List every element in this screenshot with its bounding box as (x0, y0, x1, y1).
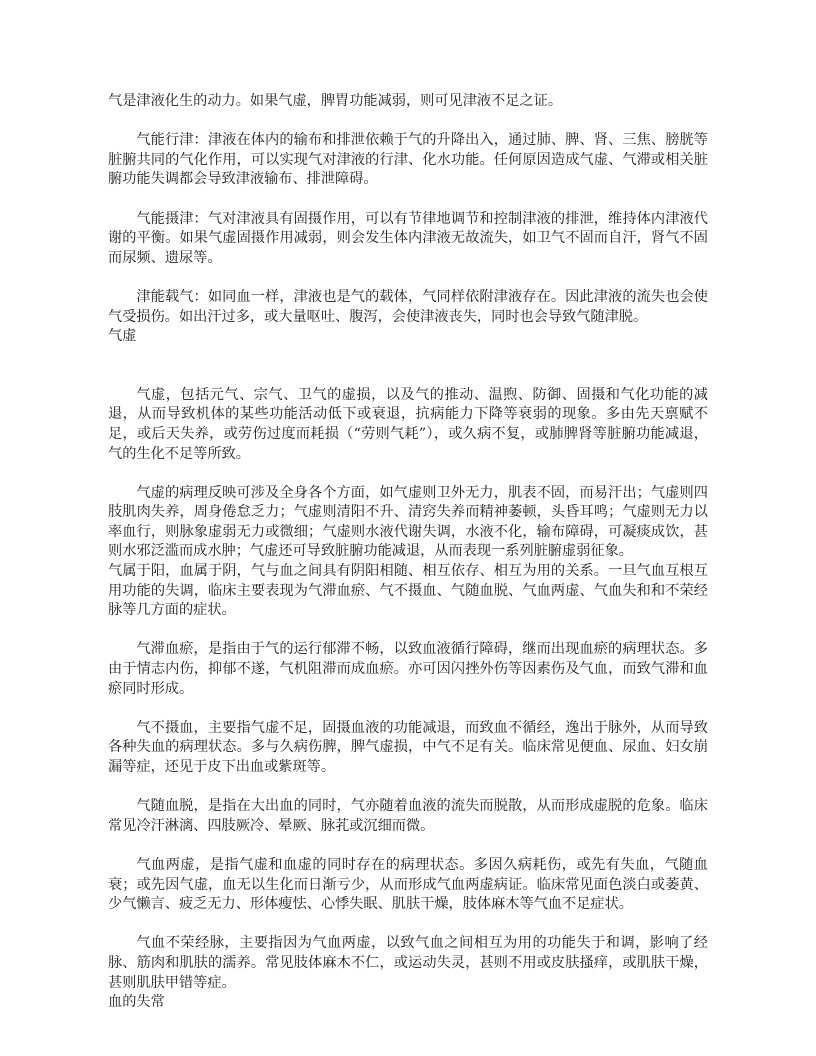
section-heading-qi-deficiency: 气虚 (108, 327, 708, 347)
paragraph-qi-blood-relationship: 气属于阳，血属于阴，气与血之间具有阴阳相随、相互依存、相互为用的关系。一旦气血互… (108, 562, 708, 621)
paragraph-qi-blood-fail-nourish-meridians: 气血不荣经脉，主要指因为气血两虚，以致气血之间相互为用的功能失于和调，影响了经脉… (108, 934, 708, 993)
paragraph-qi-deficiency-pathology: 气虚的病理反映可涉及全身各个方面，如气虚则卫外无力，肌表不固，而易汗出；气虚则四… (108, 484, 708, 562)
paragraph-qi-controls-fluids: 气能摄津：气对津液具有固摄作用，可以有节律地调节和控制津液的排泄，维持体内津液代… (108, 210, 708, 269)
paragraph-fluids-carry-qi: 津能载气：如同血一样，津液也是气的载体，气同样依附津液存在。因此津液的流失也会使… (108, 288, 708, 327)
paragraph-qi-fails-control-blood: 气不摄血，主要指气虚不足，固摄血液的功能减退，而致血不循经，逸出于脉外，从而导致… (108, 719, 708, 778)
document-page: 气是津液化生的动力。如果气虚，脾胃功能减弱，则可见津液不足之证。 气能行津：津液… (108, 92, 708, 1013)
section-heading-blood-disorders: 血的失常 (108, 993, 708, 1013)
paragraph-qi-stagnation-blood-stasis: 气滞血瘀，是指由于气的运行郁滞不畅，以致血液循行障碍，继而出现血瘀的病理状态。多… (108, 640, 708, 699)
paragraph-qi-deficiency-definition: 气虚，包括元气、宗气、卫气的虚损，以及气的推动、温煦、防御、固摄和气化功能的减退… (108, 386, 708, 464)
paragraph-qi-collapse-with-blood: 气随血脱，是指在大出血的同时，气亦随着血液的流失而脱散，从而形成虚脱的危象。临床… (108, 797, 708, 836)
paragraph-qi-blood-deficiency: 气血两虚，是指气虚和血虚的同时存在的病理状态。多因久病耗伤，或先有失血，气随血衰… (108, 856, 708, 915)
paragraph-qi-moves-fluids: 气能行津：津液在体内的输布和排泄依赖于气的升降出入，通过肺、脾、肾、三焦、膀胱等… (108, 131, 708, 190)
paragraph-qi-generates-fluids: 气是津液化生的动力。如果气虚，脾胃功能减弱，则可见津液不足之证。 (108, 92, 708, 112)
